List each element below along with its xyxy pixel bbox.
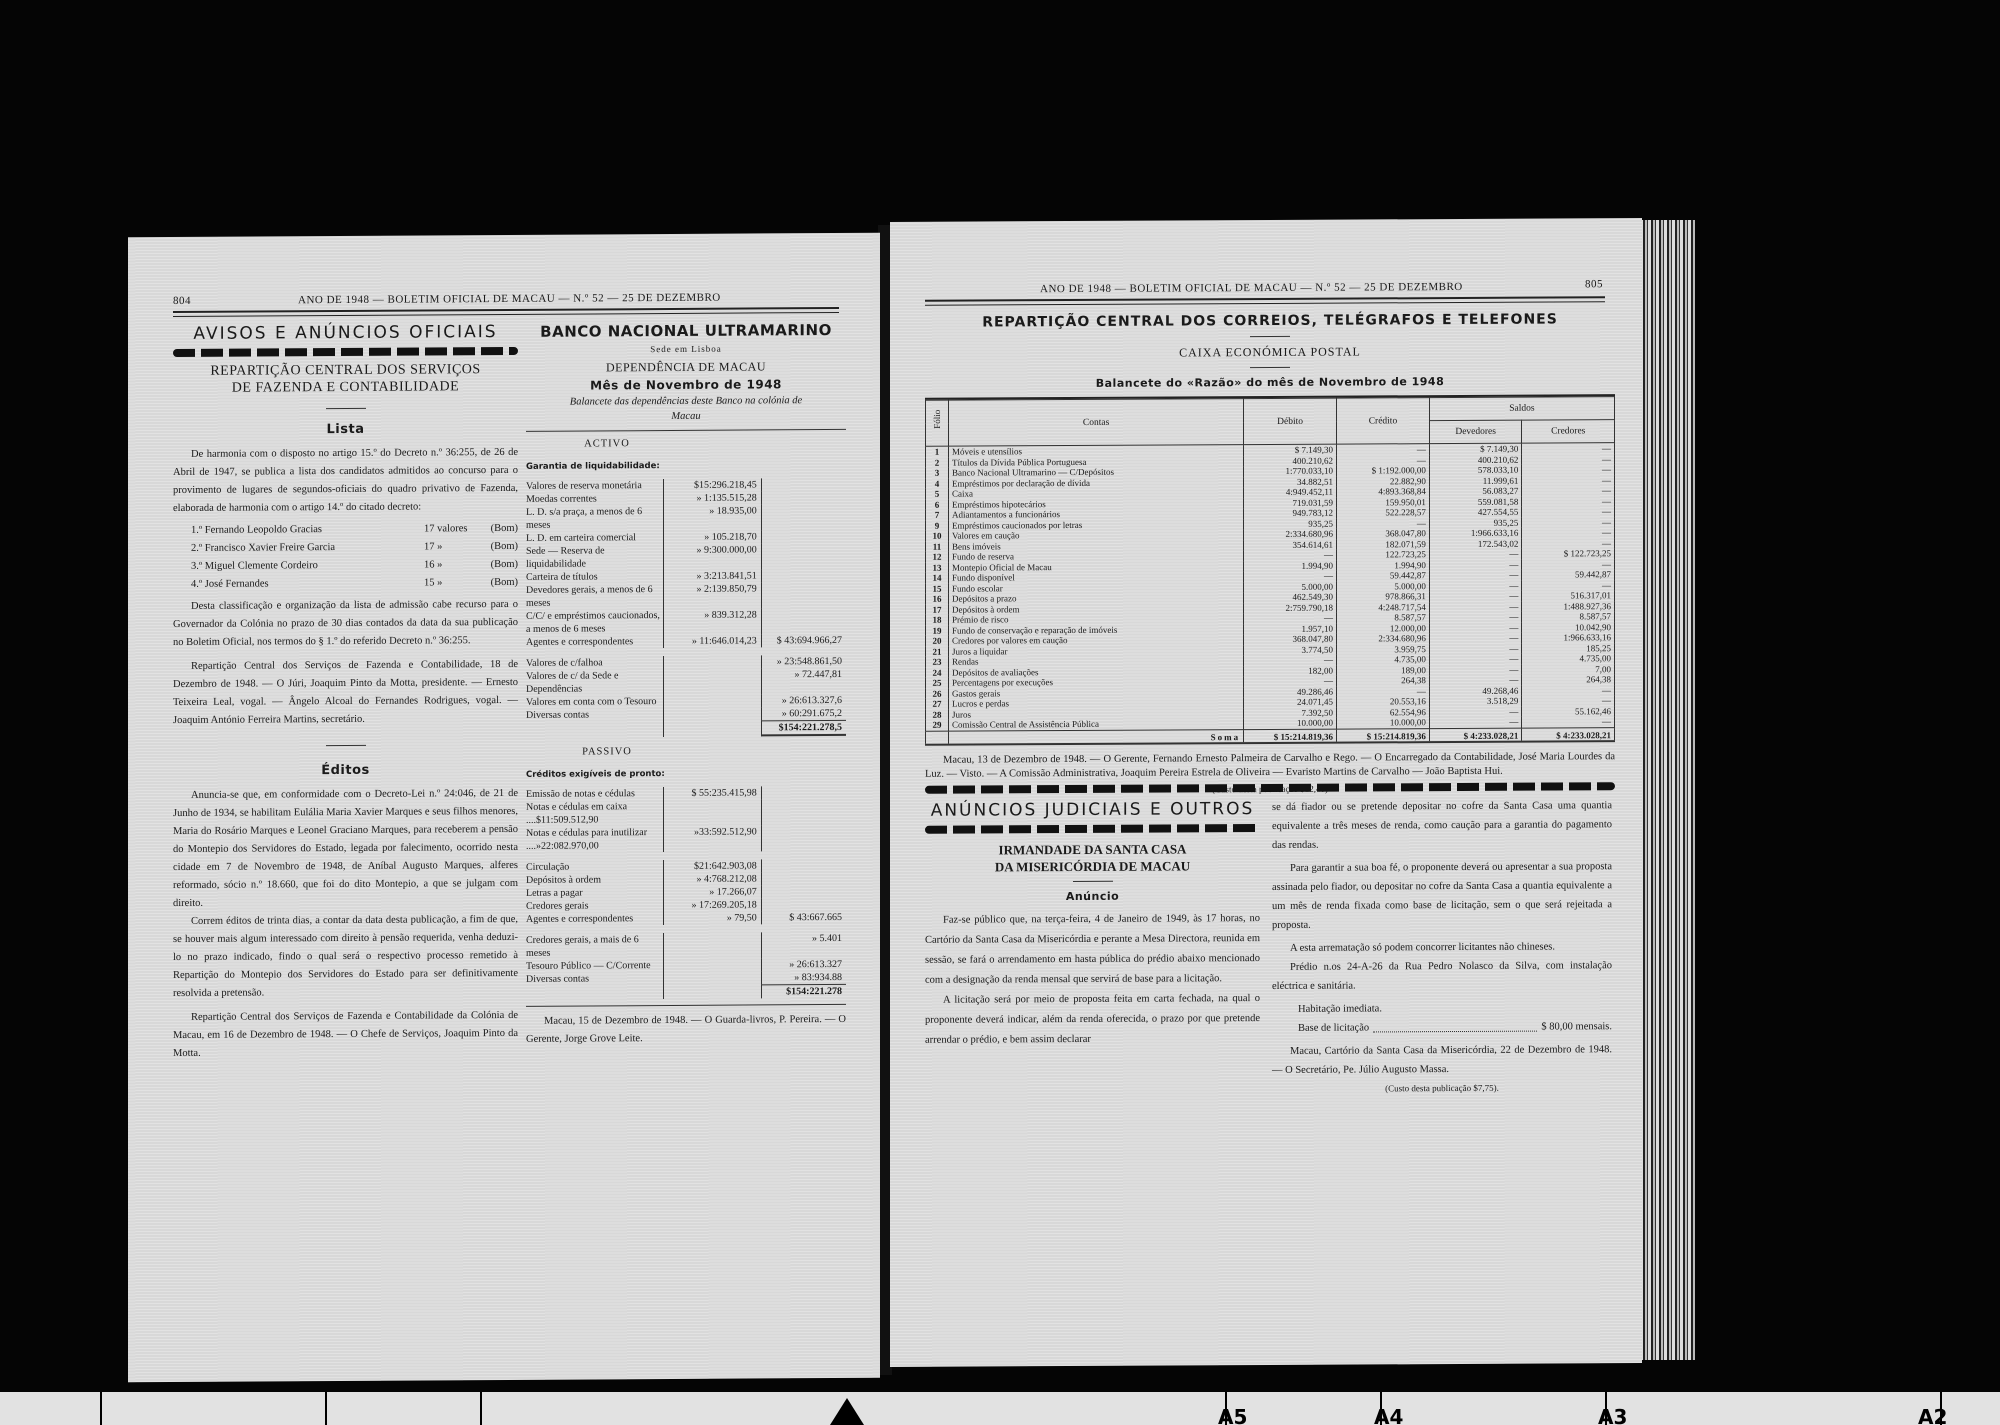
row-label: Credores gerais (526, 899, 663, 913)
credit-cell: 20.553,16 (1337, 696, 1430, 707)
debit-balance-cell: — (1429, 717, 1522, 728)
credit-cell: — (1337, 686, 1430, 697)
row-label: Credores gerais, a mais de 6 meses (526, 933, 663, 960)
section-title: AVISOS E ANÚNCIOS OFICIAIS (173, 323, 518, 343)
credit-cell: 522.228,57 (1337, 507, 1430, 518)
credit-cell: — (1337, 444, 1430, 455)
page-number: 804 (173, 295, 191, 307)
strip-marker: A3 (1598, 1405, 1627, 1425)
row-total (761, 582, 846, 609)
row-value: » 17.266,07 (663, 885, 761, 899)
folio-cell: 2 (926, 457, 949, 468)
name: Francisco Xavier Freire Garcia (205, 538, 424, 557)
credit-balance-cell: 8.587,57 (1522, 611, 1615, 622)
credit-balance-cell: 7,00 (1522, 664, 1615, 675)
debit-cell: 949.783,12 (1244, 508, 1337, 519)
folio-cell: 6 (926, 499, 949, 510)
debit-cell: 2:334.680,96 (1244, 529, 1337, 540)
credit-balance-cell: 1:966.633,16 (1522, 632, 1615, 643)
folio-cell: 7 (926, 510, 949, 521)
row-value (663, 932, 761, 959)
debit-cell: 10.000,00 (1244, 718, 1337, 729)
row-total (761, 898, 846, 912)
divider (326, 745, 366, 746)
judiciais-right-column: se dá fiador ou se pretende depositar no… (1272, 796, 1612, 1099)
correios-subtitle: CAIXA ECONÓMICA POSTAL (925, 341, 1615, 363)
base-label: Base de licitação (1298, 1018, 1369, 1037)
folio-cell: 14 (926, 573, 949, 584)
credit-balance-cell: 55.162,46 (1522, 706, 1615, 717)
folio-cell: 9 (926, 520, 949, 531)
debit-cell: 935,25 (1244, 518, 1337, 529)
credit-balance-cell: 264,38 (1522, 674, 1615, 685)
base-licitacao-row: Base de licitação $ 80,00 mensais. (1272, 1017, 1612, 1038)
strip-marker: A2 (1918, 1405, 1947, 1425)
running-head: ANO DE 1948 — BOLETIM OFICIAL DE MACAU —… (1040, 281, 1463, 295)
name: Fernando Leopoldo Gracias (205, 520, 424, 539)
debit-cell: 34.882,51 (1244, 476, 1337, 487)
folio-cell: 10 (926, 531, 949, 542)
row-value (663, 707, 761, 721)
credit-cell: 62.554,96 (1337, 707, 1430, 718)
anuncio-paragraph-4: Para garantir a sua boa fé, o proponente… (1272, 857, 1612, 935)
debit-balance-cell: 427.554,55 (1429, 507, 1522, 518)
row-total: $ 43:694.966,27 (761, 634, 846, 648)
debit-balance-cell: 3.518,29 (1429, 696, 1522, 707)
credit-balance-cell: — (1522, 685, 1615, 696)
credit-cell: 59.442,87 (1337, 570, 1430, 581)
debit-balance-cell: — (1429, 664, 1522, 675)
row-label: Moedas correntes (526, 492, 663, 506)
row-value: » 4:768.212,08 (663, 872, 761, 886)
debit-cell: $ 7.149,30 (1244, 444, 1337, 455)
row-total (761, 491, 846, 505)
debit-cell: — (1244, 613, 1337, 624)
folio-cell: 13 (926, 562, 949, 573)
row-total (761, 825, 846, 852)
credit-balance-cell: — (1522, 443, 1615, 454)
debit-cell: 2:759.790,18 (1244, 602, 1337, 613)
folio-cell: 3 (926, 468, 949, 479)
anuncio-paragraph-3: se dá fiador ou se pretende depositar no… (1272, 796, 1612, 855)
ledger-total-row: Soma $ 15:214.819,36 $ 15:214.819,36 $ 4… (926, 727, 1615, 745)
credit-balance-cell: — (1522, 559, 1615, 570)
col-header-credores: Credores (1522, 420, 1615, 443)
bnu-title: BANCO NACIONAL ULTRAMARINO (526, 321, 846, 341)
row-total (761, 859, 846, 873)
balance-row: Agentes e correspondentes» 79,50$ 43:667… (526, 911, 846, 926)
row-label: Sede — Reserva de liquidabilidade (526, 544, 663, 571)
rank: 1.º (191, 522, 202, 540)
value: 17 valores (424, 520, 476, 538)
value: 15 » (424, 574, 476, 592)
row-label: Devedores gerais, a menos de 6 meses (526, 583, 663, 610)
row-label: Letras a pagar (526, 886, 663, 900)
activo-total-row: $154:221.278,5 (526, 720, 846, 738)
folio-cell: 5 (926, 489, 949, 500)
credit-balance-cell: — (1522, 580, 1615, 591)
folio-cell: 12 (926, 552, 949, 563)
right-page: ANO DE 1948 — BOLETIM OFICIAL DE MACAU —… (890, 218, 1642, 1367)
ornamental-rule (925, 782, 1615, 794)
row-label: L. D. s/a praça, a menos de 6 meses (526, 505, 663, 532)
credit-cell: 368.047,80 (1337, 528, 1430, 539)
credit-balance-cell: — (1522, 475, 1615, 486)
rank: 3.º (191, 558, 202, 576)
debit-cell: 3.774,50 (1244, 644, 1337, 655)
balance-row: Valores de c/ da Sede e Dependências» 72… (526, 668, 846, 696)
credit-cell: 5.000,00 (1337, 581, 1430, 592)
row-value: » 11:646.014,23 (663, 634, 761, 648)
santa-casa-heading-2: DA MISERICÓRDIA DE MACAU (925, 857, 1260, 876)
row-total (761, 478, 846, 492)
debit-balance-cell: — (1429, 549, 1522, 560)
ledger-table: Fólio Contas Débito Crédito Saldos Deved… (925, 396, 1615, 746)
ledger-body: 1Móveis e utensílios$ 7.149,30—$ 7.149,3… (926, 443, 1615, 731)
bnu-month: Mês de Novembro de 1948 (526, 375, 846, 395)
row-total (761, 885, 846, 899)
rank: 2.º (191, 540, 202, 558)
credit-cell: — (1337, 518, 1430, 529)
editos-paragraph-1: Anuncia-se que, em conformidade com o De… (173, 785, 518, 913)
passivo-total-row: $154:221.278 (526, 984, 846, 1000)
credit-cell: 182.071,59 (1337, 539, 1430, 550)
debit-cell: — (1244, 655, 1337, 666)
credit-balance-cell: 59.442,87 (1522, 569, 1615, 580)
row-value: » 1:135.515,28 (663, 491, 761, 505)
folio-cell: 16 (926, 594, 949, 605)
value: 17 » (424, 538, 476, 556)
credit-balance-cell: $ 122.723,25 (1522, 548, 1615, 559)
credit-cell: 189,00 (1337, 665, 1430, 676)
row-total: » 23:548.861,50 (761, 655, 846, 669)
balance-row: Agentes e correspondentes» 11:646.014,23… (526, 634, 846, 649)
row-total (761, 608, 846, 635)
debit-balance-cell: 49.268,46 (1429, 685, 1522, 696)
row-label: Carteira de títulos (526, 570, 663, 584)
debit-cell: — (1244, 571, 1337, 582)
debit-cell: 1.994,90 (1244, 560, 1337, 571)
debit-balance-cell: 1:966.633,16 (1429, 528, 1522, 539)
activo-total: $154:221.278,5 (761, 720, 846, 737)
folio-cell: 4 (926, 478, 949, 489)
row-total: » 5.401 (761, 932, 846, 959)
credit-cell: 3.959,75 (1337, 644, 1430, 655)
debit-balance-cell: 11.999,61 (1429, 475, 1522, 486)
credit-balance-cell: 10.042,90 (1522, 622, 1615, 633)
row-label: Agentes e correspondentes (526, 912, 663, 926)
activo-subtitle: Garantia de liquidabilidade: (526, 452, 846, 480)
balance-row: Devedores gerais, a menos de 6 meses» 2:… (526, 582, 846, 610)
debit-cell: 400.210,62 (1244, 455, 1337, 466)
list-item: 3.º Miguel Clemente Cordeiro16 »(Bom) (173, 556, 518, 576)
folio-cell: 21 (926, 646, 949, 657)
row-label: Valores em conta com o Tesouro (526, 695, 663, 709)
debit-balance-cell: 400.210,62 (1429, 454, 1522, 465)
scan-calibration-strip (0, 1392, 2000, 1425)
balance-row: Credores gerais, a mais de 6 meses» 5.40… (526, 932, 846, 960)
folio-cell: 18 (926, 615, 949, 626)
credit-balance-cell: — (1522, 485, 1615, 496)
col-header-credito: Crédito (1337, 398, 1430, 444)
row-label: Valores de c/falhoa (526, 656, 663, 670)
folio-cell: 19 (926, 625, 949, 636)
judiciais-left-column: ANÚNCIOS JUDICIAIS E OUTROS IRMANDADE DA… (925, 800, 1260, 1051)
debit-cell: 719.031,59 (1244, 497, 1337, 508)
rank: 4.º (191, 576, 202, 594)
credit-cell: 12.000,00 (1337, 623, 1430, 634)
bnu-column: BANCO NACIONAL ULTRAMARINO Sede em Lisbo… (526, 321, 846, 1049)
col-header-devedores: Devedores (1429, 420, 1522, 443)
fazenda-column: AVISOS E ANÚNCIOS OFICIAIS REPARTIÇÃO CE… (173, 323, 518, 1063)
row-label: Valores de c/ da Sede e Dependências (526, 669, 663, 696)
credit-cell: 10.000,00 (1337, 717, 1430, 728)
row-label: Circulação (526, 860, 663, 874)
credit-cell: 1.994,90 (1337, 560, 1430, 571)
row-value (663, 668, 761, 695)
debit-balance-cell: — (1429, 706, 1522, 717)
credit-cell: 4.735,00 (1337, 654, 1430, 665)
santa-casa-heading-1: IRMANDADE DA SANTA CASA (925, 840, 1260, 859)
row-total (761, 872, 846, 886)
base-value: $ 80,00 mensais. (1541, 1017, 1612, 1036)
credit-balance-cell: — (1522, 527, 1615, 538)
ledger-title: Balancete do «Razão» do mês de Novembro … (925, 372, 1615, 394)
folio-cell: 27 (926, 699, 949, 710)
credit-balance-cell: — (1522, 464, 1615, 475)
balance-row: Notas e cédulas para inutilizar ....»22:… (526, 825, 846, 853)
debit-balance-cell: — (1429, 580, 1522, 591)
folio-cell: 23 (926, 657, 949, 668)
row-value: »33:592.512,90 (663, 825, 761, 852)
row-value: $ 55:235.415,98 (663, 786, 761, 800)
folio-cell: 28 (926, 709, 949, 720)
debit-cell: 1.957,10 (1244, 623, 1337, 634)
row-label: Depósitos à ordem (526, 873, 663, 887)
debit-balance-cell: 559.081,58 (1429, 496, 1522, 507)
activo-title: ACTIVO (526, 435, 688, 454)
debit-cell: 182,00 (1244, 665, 1337, 676)
debit-balance-cell: — (1429, 591, 1522, 602)
balance-row: L. D. s/a praça, a menos de 6 meses» 18.… (526, 504, 846, 532)
debit-cell: 4:949.452,11 (1244, 487, 1337, 498)
row-label: L. D. em carteira comercial (526, 531, 663, 545)
debit-cell: 354.614,61 (1244, 539, 1337, 550)
credit-balance-cell: — (1522, 716, 1615, 727)
credit-balance-cell: 516.317,01 (1522, 590, 1615, 601)
lista-signature: Repartição Central dos Serviços de Fazen… (173, 656, 518, 730)
soma-devedores: $ 4:233.028,21 (1429, 728, 1522, 742)
recurso-paragraph: Desta classificação e organização da lis… (173, 596, 518, 652)
row-total: $ 43:667.665 (761, 911, 846, 925)
credit-balance-cell: — (1522, 496, 1615, 507)
credit-cell: 22.882,90 (1337, 476, 1430, 487)
credit-cell: 264,38 (1337, 675, 1430, 686)
row-label: C/C/ e empréstimos caucionados, a menos … (526, 609, 663, 636)
ornamental-rule (925, 824, 1260, 834)
row-value (663, 971, 761, 985)
divider (1250, 367, 1290, 368)
row-label: Agentes e correspondentes (526, 635, 663, 649)
col-header-folio: Fólio (928, 410, 946, 429)
running-head: ANO DE 1948 — BOLETIM OFICIAL DE MACAU —… (298, 292, 721, 307)
list-item: 1.º Fernando Leopoldo Gracias17 valores(… (173, 520, 518, 540)
credit-balance-cell: 1:488.927,36 (1522, 601, 1615, 612)
strip-tick (480, 1392, 482, 1425)
strip-marker: A4 (1374, 1405, 1403, 1425)
folio-cell: 26 (926, 688, 949, 699)
debit-cell: 462.549,30 (1244, 592, 1337, 603)
list-item: 2.º Francisco Xavier Freire Garcia17 »(B… (173, 538, 518, 558)
folio-cell: 11 (926, 541, 949, 552)
row-total: » 83:934.88 (761, 971, 846, 985)
anuncio-paragraph-5: A esta arrematação só podem concorrer li… (1272, 937, 1612, 958)
anuncio-paragraph-2: A licitação será por meio de proposta fe… (925, 989, 1260, 1051)
grade: (Bom) (476, 538, 518, 556)
row-label: Valores de reserva monetária (526, 479, 663, 493)
row-value: » 79,50 (663, 911, 761, 925)
row-value (663, 655, 761, 669)
row-value: » 839.312,28 (663, 608, 761, 635)
header-rule (173, 307, 839, 317)
correios-title: REPARTIÇÃO CENTRAL DOS CORREIOS, TELÉGRA… (925, 310, 1615, 332)
value: 16 » (424, 556, 476, 574)
row-total: » 26:613.327 (761, 958, 846, 972)
row-label: Emissão de notas e cédulas (526, 787, 663, 801)
lista-intro: De harmonia com o disposto no artigo 15.… (173, 444, 518, 518)
page-number: 805 (1585, 278, 1603, 290)
candidates-list: 1.º Fernando Leopoldo Gracias17 valores(… (173, 520, 518, 594)
header-rule (925, 296, 1605, 306)
debit-balance-cell: — (1429, 622, 1522, 633)
name: José Fernandes (205, 574, 424, 593)
debit-balance-cell: — (1429, 654, 1522, 665)
row-value (663, 694, 761, 708)
debit-cell: 5.000,00 (1244, 581, 1337, 592)
strip-arrow-icon (830, 1398, 864, 1425)
row-label: Notas e cédulas em caixa ....$11:509.512… (526, 800, 663, 827)
balance-row: Sede — Reserva de liquidabilidade» 9:300… (526, 543, 846, 571)
balance-row: C/C/ e empréstimos caucionados, a menos … (526, 608, 846, 636)
row-label: Diversas contas (526, 708, 663, 722)
row-label: Tesouro Público — C/Corrente (526, 959, 663, 973)
credit-balance-cell: — (1522, 517, 1615, 528)
folio-cell: 20 (926, 636, 949, 647)
debit-cell: — (1244, 550, 1337, 561)
page-edges (1640, 220, 1695, 1360)
editos-title: Éditos (173, 761, 518, 781)
santa-casa-signature: Macau, Cartório da Santa Casa da Miseric… (1272, 1040, 1612, 1080)
row-total (761, 543, 846, 570)
bnu-sede: Sede em Lisboa (526, 339, 846, 359)
col-header-saldos: Saldos (1429, 397, 1614, 421)
grade: (Bom) (476, 574, 518, 592)
credit-balance-cell: 4.735,00 (1522, 653, 1615, 664)
anuncio-paragraph-6: Prédio n.os 24-A-26 da Rua Pedro Nolasco… (1272, 956, 1612, 996)
debit-cell: 24.071,45 (1244, 697, 1337, 708)
anuncio-title: Anúncio (925, 887, 1260, 907)
passivo-subtitle: Créditos exigíveis de pronto: (526, 760, 846, 788)
debit-balance-cell: — (1429, 643, 1522, 654)
row-value: » 2:139.850,79 (663, 582, 761, 609)
row-value: $21:642.903,08 (663, 859, 761, 873)
folio-cell: 25 (926, 678, 949, 689)
credit-balance-cell: — (1522, 454, 1615, 465)
strip-marker: A5 (1218, 1405, 1247, 1425)
strip-tick (100, 1392, 102, 1425)
fazenda-heading-2: DE FAZENDA E CONTABILIDADE (173, 378, 518, 397)
editos-paragraph-2: Correm éditos de trinta dias, a contar d… (173, 911, 518, 1003)
row-value: » 9:300.000,00 (663, 543, 761, 570)
credit-cell: 4:248.717,54 (1337, 602, 1430, 613)
soma-credito: $ 15:214.819,36 (1337, 728, 1430, 742)
debit-balance-cell: — (1429, 612, 1522, 623)
debit-balance-cell: 56.083,27 (1429, 486, 1522, 497)
lista-title: Lista (173, 420, 518, 440)
credit-balance-cell: — (1522, 506, 1615, 517)
divider (1250, 336, 1290, 337)
passivo-rows: Emissão de notas e cédulas$ 55:235.415,9… (526, 786, 846, 1000)
grade: (Bom) (476, 520, 518, 538)
soma-credores: $ 4:233.028,21 (1522, 727, 1615, 741)
credit-cell: 978.866,31 (1337, 591, 1430, 602)
credit-cell: 2:334.680,96 (1337, 633, 1430, 644)
fazenda-heading-1: REPARTIÇÃO CENTRAL DOS SERVIÇOS (173, 361, 518, 380)
row-value (663, 799, 761, 826)
debit-cell: 7.392,50 (1244, 707, 1337, 718)
credit-balance-cell: — (1522, 538, 1615, 549)
row-total (761, 786, 846, 800)
soma-debito: $ 15:214.819,36 (1244, 729, 1337, 743)
credit-cell: $ 1:192.000,00 (1337, 465, 1430, 476)
left-page: 804 ANO DE 1948 — BOLETIM OFICIAL DE MAC… (128, 233, 880, 1383)
row-value: $15:296.218,45 (663, 478, 761, 492)
activo-rows: Valores de reserva monetária$15:296.218,… (526, 478, 846, 738)
credit-balance-cell: — (1522, 695, 1615, 706)
passivo-total: $154:221.278 (761, 984, 846, 999)
folio-cell: 17 (926, 604, 949, 615)
debit-balance-cell: — (1429, 570, 1522, 581)
debit-balance-cell: — (1429, 633, 1522, 644)
debit-cell: 1:770.033,10 (1244, 466, 1337, 477)
row-total (761, 569, 846, 583)
credit-balance-cell: 185,25 (1522, 643, 1615, 654)
folio-cell: 29 (926, 720, 949, 731)
row-total: » 60:291.675,2 (761, 707, 846, 721)
row-total: » 72.447,81 (761, 668, 846, 695)
judiciais-title: ANÚNCIOS JUDICIAIS E OUTROS (925, 800, 1260, 820)
strip-tick (325, 1392, 327, 1425)
bnu-dependencia: DEPENDÊNCIA DE MACAU (526, 357, 846, 377)
soma-label: Soma (949, 729, 1244, 745)
debit-balance-cell: 935,25 (1429, 517, 1522, 528)
debit-cell: — (1244, 676, 1337, 687)
row-total (761, 799, 846, 826)
credit-cell: 159.950,01 (1337, 497, 1430, 508)
row-total (761, 530, 846, 544)
row-label: Diversas contas (526, 972, 663, 986)
credit-cell: 4:893.368,84 (1337, 486, 1430, 497)
debit-balance-cell: — (1429, 675, 1522, 686)
passivo-title: PASSIVO (526, 743, 688, 762)
santa-casa-cost: (Custo desta publicação $7,75). (1272, 1078, 1612, 1099)
row-value: » 3:213.841,51 (663, 569, 761, 583)
grade: (Bom) (476, 556, 518, 574)
row-label: Notas e cédulas para inutilizar ....»22:… (526, 826, 663, 853)
debit-cell: 49.286,46 (1244, 686, 1337, 697)
row-total (761, 504, 846, 531)
debit-balance-cell: 172.543,02 (1429, 538, 1522, 549)
